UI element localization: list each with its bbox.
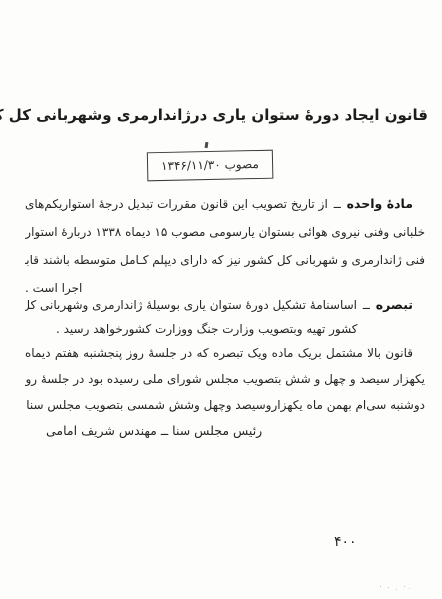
scan-artifact-mark: [205, 142, 209, 148]
note-line: تبصره ــ اساسنامهٔ تشکیل دورهٔ ستوان یار…: [25, 292, 425, 317]
note-line-text: اساسنامهٔ تشکیل دورهٔ ستوان یاری بوسیلهٔ…: [25, 298, 357, 312]
article-line: مادهٔ واحده ــ از تاریخ تصویب این قانون …: [25, 190, 425, 218]
article-line: فنی ژاندارمری و شهربانی کل کشور نیز که د…: [25, 246, 425, 274]
article-dash: ــ: [332, 197, 343, 211]
ratification-paragraph: قانون بالا مشتمل بریک ماده ویک تبصره که …: [25, 340, 425, 418]
article-line: خلبانی وفنی نیروی هوائی بستوان یارسومی م…: [25, 218, 425, 246]
note-line: کشور تهیه وبتصویب وزارت جنگ ووزارت کشورخ…: [25, 317, 425, 342]
page-number: ۴۰۰: [334, 534, 357, 550]
article-lead-label: مادهٔ واحده: [347, 196, 413, 211]
article-line-text: از تاریخ تصویب این قانون مقررات تبدیل در…: [25, 197, 328, 211]
document-title: قانون ایجاد دورهٔ ستوان یاری درژاندارمری…: [14, 106, 428, 124]
scanned-document-page: قانون ایجاد دورهٔ ستوان یاری درژاندارمری…: [0, 0, 442, 599]
note-lead-label: تبصره: [376, 297, 413, 312]
closing-line: دوشنبه سی‌ام بهمن ماه یکهزاروسیصد وچهل و…: [25, 392, 425, 418]
note-paragraph: تبصره ــ اساسنامهٔ تشکیل دورهٔ ستوان یار…: [25, 292, 425, 342]
closing-line: قانون بالا مشتمل بریک ماده ویک تبصره که …: [25, 340, 425, 366]
scan-noise-speckles: [380, 586, 381, 587]
closing-line: یکهزار سیصد و چهل و شش بتصویب مجلس شورای…: [25, 366, 425, 392]
single-article-paragraph: مادهٔ واحده ــ از تاریخ تصویب این قانون …: [25, 190, 425, 302]
signature-line: رئیس مجلس سنا ــ مهندس شریف امامی: [46, 423, 262, 438]
approval-date-box: مصوب ۱۳۴۶/۱۱/۳۰: [147, 150, 273, 182]
note-dash: ــ: [361, 298, 372, 312]
